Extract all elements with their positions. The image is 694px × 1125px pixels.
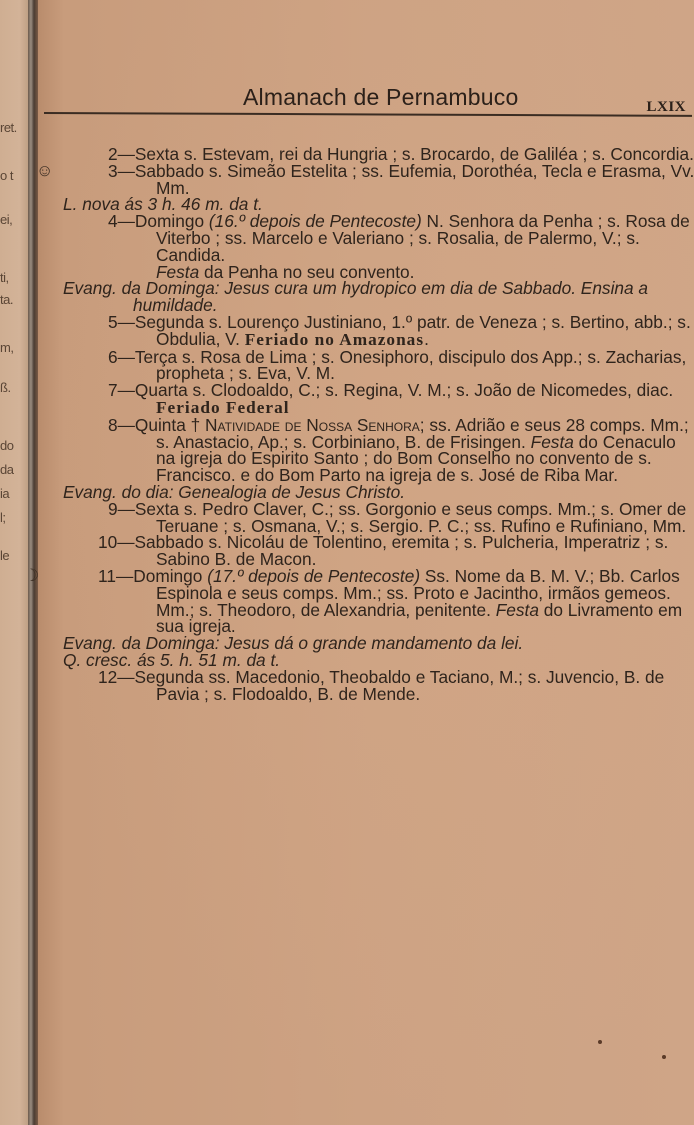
day-number: 8— [108, 415, 135, 435]
left-page-fragment: l; [0, 510, 6, 525]
paper-speck [248, 275, 251, 278]
saints-text: s. Nicoláu de Tolentino, eremita ; s. Pu… [156, 532, 668, 569]
saints-text: s. Pedro Claver, C.; ss. Gorgonio e seus… [156, 499, 686, 536]
calendar-entry-day-3: ☺3—Sabbado s. Simeão Estelita ; ss. Eufe… [108, 163, 694, 197]
left-page-fragment: m, [0, 340, 13, 355]
saints-text: s. Rosa de Lima ; s. Onesiphoro, discipu… [156, 347, 686, 384]
left-page-fragment: ß. [0, 380, 11, 395]
day-number: 11— [98, 566, 133, 586]
day-number: 5— [108, 312, 135, 332]
moon-symbol: L. [63, 194, 77, 214]
page-title: Almanach de Pernambuco [243, 84, 518, 111]
festa-label: Festa [496, 600, 539, 620]
almanac-page: Almanach de Pernambuco LXIX 2—Sexta s. E… [38, 0, 694, 1125]
calendar-entry-day-9: 9—Sexta s. Pedro Claver, C.; ss. Gorgoni… [108, 501, 694, 535]
left-page-fragment: da [0, 462, 13, 477]
day-number: 3— [108, 161, 135, 181]
paper-speck [598, 1040, 602, 1044]
calendar-entry-day-7: 7—Quarta s. Clodoaldo, C.; s. Regina, V.… [108, 382, 694, 417]
page-number: LXIX [646, 99, 686, 116]
left-page-fragment: ei, [0, 212, 12, 227]
moon-symbol: Q. [63, 650, 81, 670]
calendar-entry-day-12: 12—Segunda ss. Macedonio, Theobaldo e Ta… [98, 669, 694, 703]
day-number: 4— [108, 211, 135, 231]
calendar-body: 2—Sexta s. Estevam, rei da Hungria ; s. … [108, 146, 694, 702]
left-page-fragment: o t [0, 168, 13, 183]
day-number: 9— [108, 499, 135, 519]
gospel-reading: Evang. da Dominga: Jesus cura um hydropi… [63, 280, 694, 314]
left-page-fragment: ti, [0, 270, 9, 285]
left-page-fragment: ta. [0, 292, 13, 307]
evang-text: da Dominga: Jesus cura um hydropico em d… [117, 278, 648, 315]
paper-speck [662, 1055, 666, 1059]
adjacent-page-edge: ret. o t ei, ti, ta. m, ß. do da ia l; l… [0, 0, 28, 1125]
saints-text: ss. Macedonio, Theobaldo e Taciano, M.; … [156, 667, 664, 704]
calendar-entry-day-5: 5—Segunda s. Lourenço Justiniano, 1.º pa… [108, 314, 694, 349]
day-number: 6— [108, 347, 135, 367]
calendar-entry-day-6: 6—Terça s. Rosa de Lima ; s. Onesiphoro,… [108, 349, 694, 383]
calendar-entry-day-4: 4—Domingo (16.º depois de Pentecoste) N.… [108, 213, 694, 280]
left-page-fragment: ia [0, 486, 9, 501]
day-number: 10— [98, 532, 135, 552]
evang-label: Evang. [63, 278, 117, 298]
left-page-fragment: le [0, 548, 9, 563]
day-number: 7— [108, 380, 135, 400]
left-page-fragment: ret. [0, 120, 17, 135]
calendar-entry-day-11: ☽11—Domingo (17.º depois de Pentecoste) … [98, 568, 694, 635]
day-number: 12— [98, 667, 135, 687]
calendar-entry-day-10: 10—Sabbado s. Nicoláu de Tolentino, erem… [98, 534, 694, 568]
left-page-fragment: do [0, 438, 13, 453]
calendar-entry-day-8: 8—Quinta † Natividade de Nossa Senhora; … [108, 417, 694, 484]
saints-text: s. Simeão Estelita ; ss. Eufemia, Doroth… [156, 161, 694, 198]
